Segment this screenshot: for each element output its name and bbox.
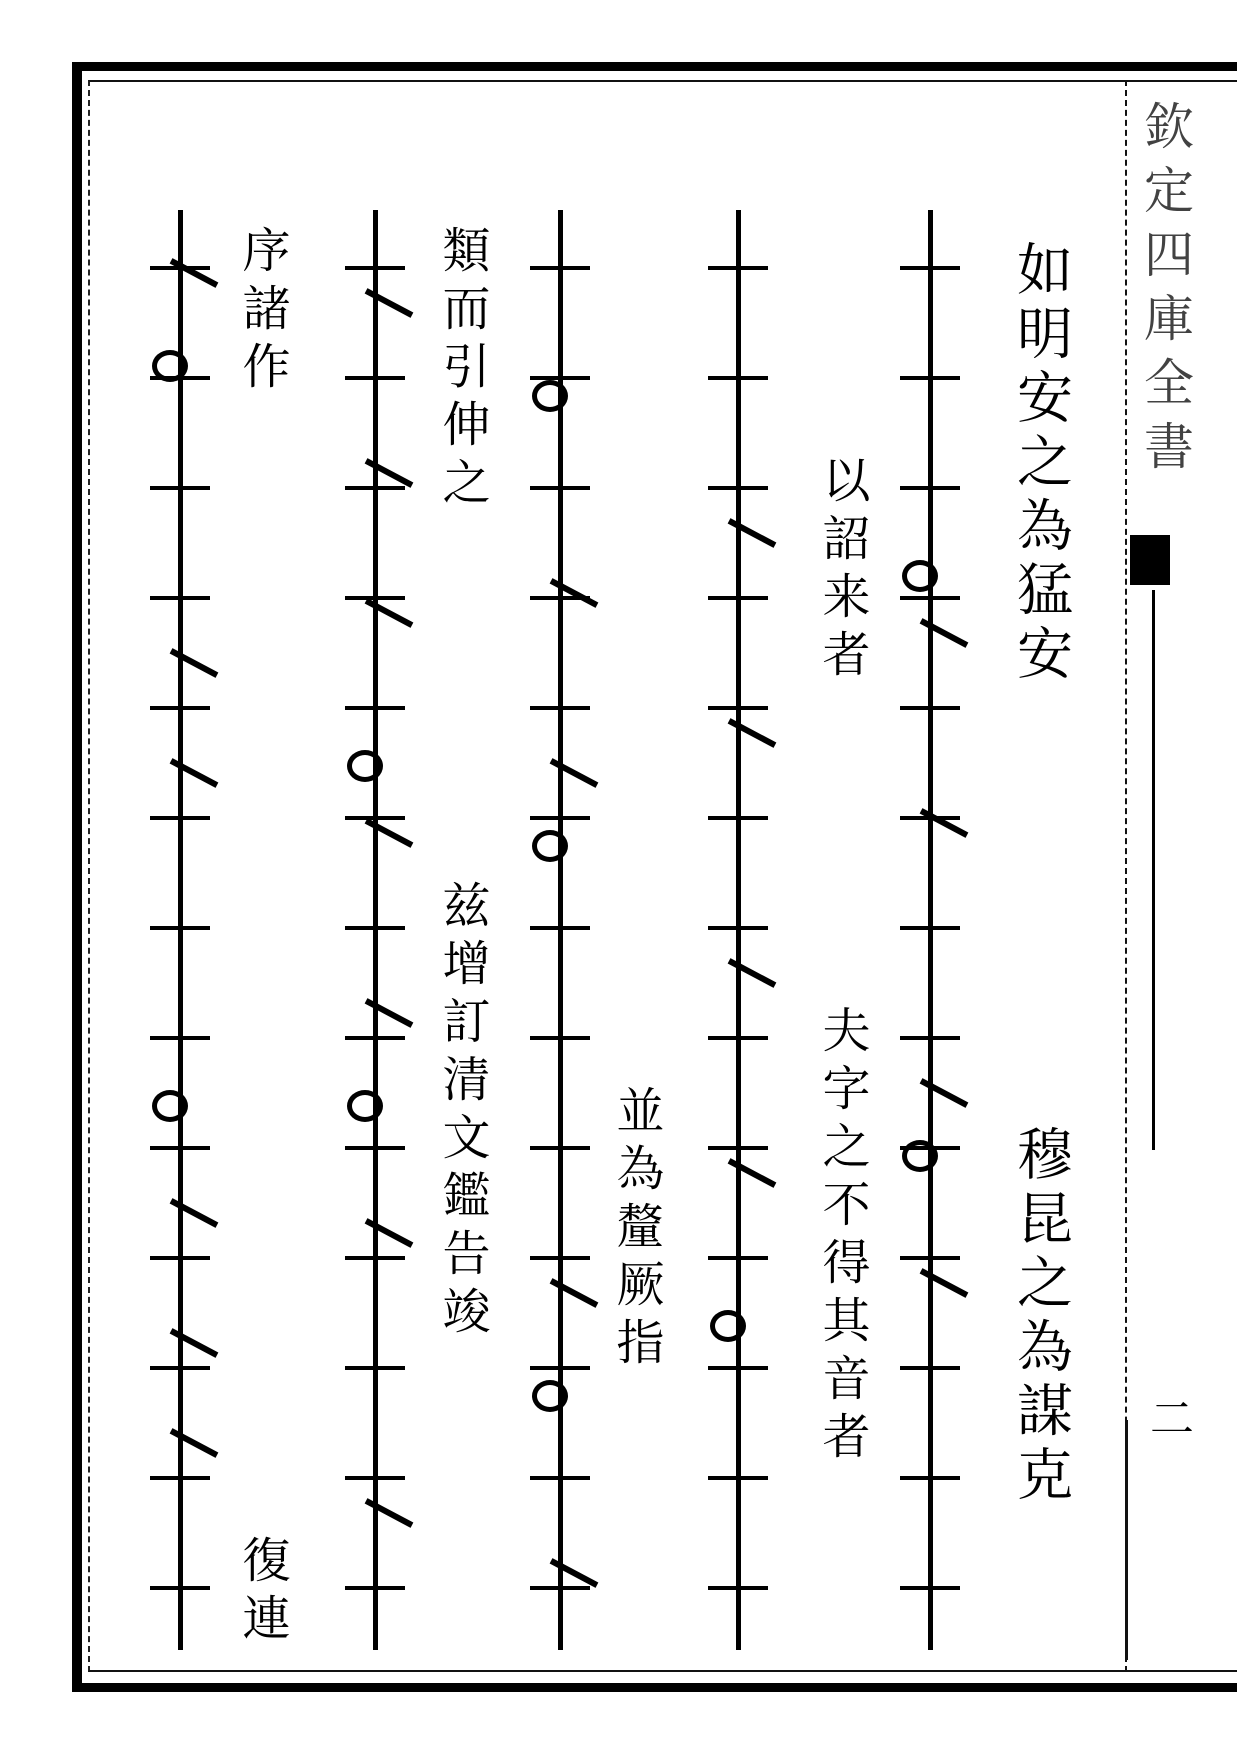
chinese-column-13: 復連 [238, 1535, 286, 1651]
manchu-column-1: Manchu column 1 [900, 210, 960, 1650]
chinese-column-10: 兹增訂清文鑑告竣 [438, 880, 486, 1344]
manchu-column-2: Manchu column 2 [708, 210, 768, 1650]
margin-manchu-title: Manchu running title (blockprint margin) [1140, 590, 1168, 1150]
manchu-script-glyph [1152, 590, 1155, 1150]
manchu-script-glyph [373, 210, 378, 1650]
chinese-column-9: 類而引伸之 [438, 225, 486, 515]
manchu-column-5: Manchu column 5 [150, 210, 210, 1650]
chinese-column-1: 如明安之為猛安 [1012, 240, 1068, 688]
chinese-column-4: 以詔来者 [818, 455, 866, 687]
manchu-script-glyph [558, 210, 563, 1650]
chinese-column-2: 穆昆之為謀克 [1012, 1125, 1068, 1509]
manchu-script-glyph [928, 210, 933, 1650]
fishtail-block-icon [1130, 535, 1170, 585]
margin-divider-line-lower [1125, 1420, 1128, 1660]
manchu-column-4: Manchu column 4 [345, 210, 405, 1650]
page-number: 二 [1145, 1395, 1189, 1439]
chinese-column-5: 夫字之不得其音者 [818, 1005, 866, 1469]
manchu-script-glyph [736, 210, 741, 1650]
chinese-column-12: 序諸作 [238, 225, 286, 399]
manchu-column-3: Manchu column 3 [530, 210, 590, 1650]
header-title: 欽定四庫全書 [1140, 100, 1190, 484]
chinese-column-7: 並為釐厥指 [612, 1085, 660, 1375]
